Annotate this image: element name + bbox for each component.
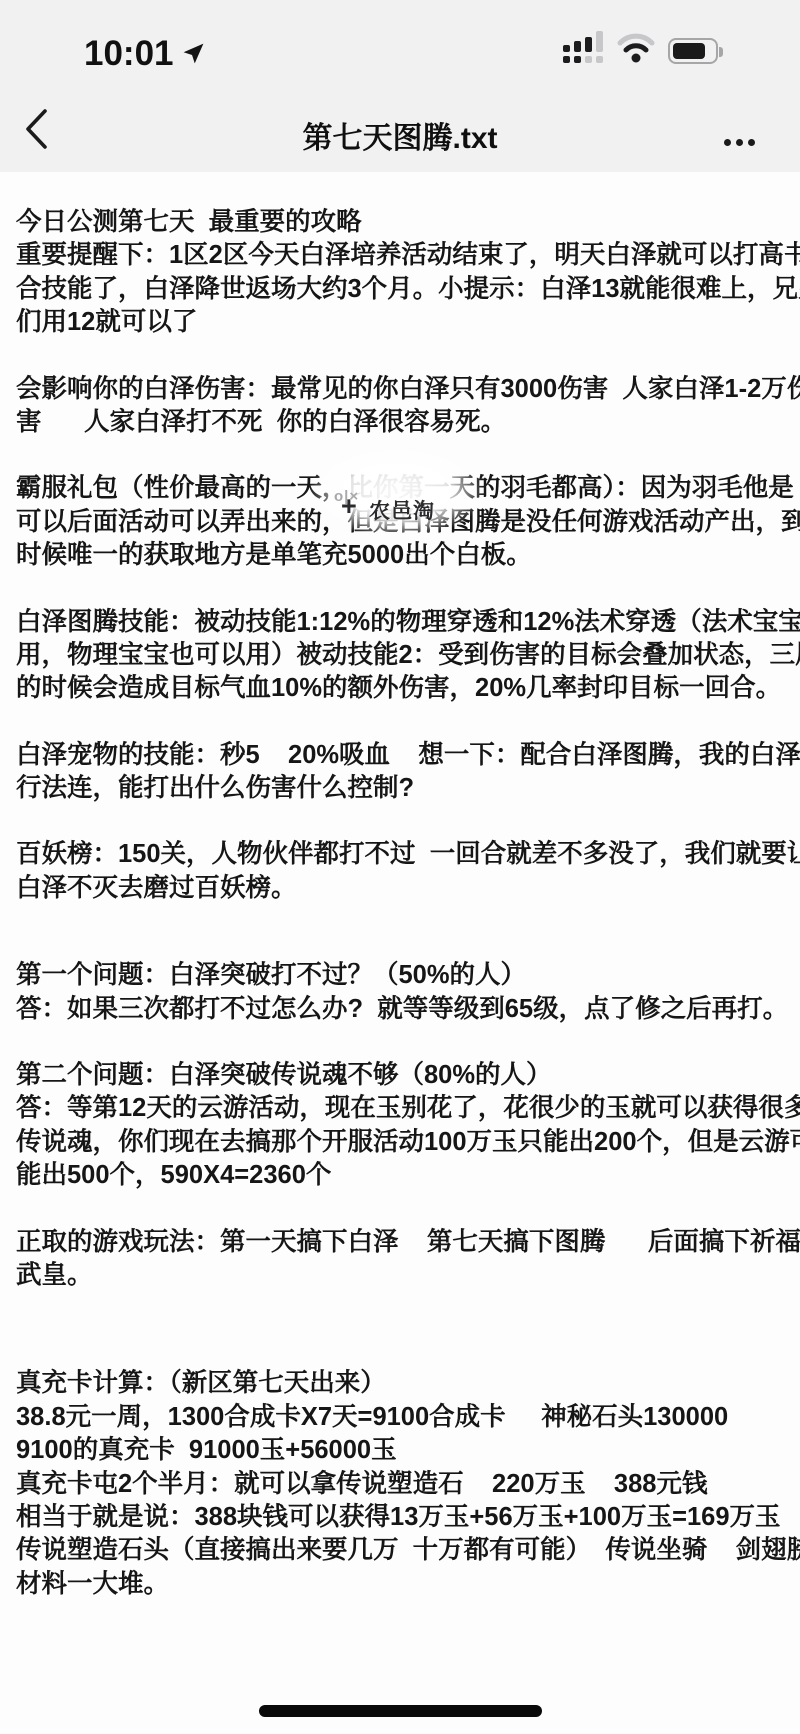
paragraph: 第二个问题：白泽突破传说魂不够（80%的人）答：等第12天的云游活动，现在玉别花… bbox=[16, 1059, 796, 1193]
status-time: 10:01 bbox=[84, 34, 174, 74]
text-line: 霸服礼包（性价最高的一天，比你第一天的羽毛都高）：因为羽毛他是 bbox=[16, 472, 796, 505]
text-line: 第二个问题：白泽突破传说魂不够（80%的人） bbox=[16, 1059, 796, 1092]
text-line: 材料一大堆。 bbox=[16, 1568, 796, 1601]
paragraph: 真充卡计算：（新区第七天出来）38.8元一周，1300合成卡X7天=9100合成… bbox=[16, 1367, 796, 1601]
text-line: 答：如果三次都打不过怎么办? 就等等级到65级，点了修之后再打。 bbox=[16, 993, 796, 1026]
text-line: 害 人家白泽打不死 你的白泽很容易死。 bbox=[16, 406, 796, 439]
text-line: 的时候会造成目标气血10%的额外伤害，20%几率封印目标一回合。 bbox=[16, 672, 796, 705]
text-line: 答：等第12天的云游活动，现在玉别花了，花很少的玉就可以获得很多 bbox=[16, 1092, 796, 1125]
text-line: 正取的游戏玩法：第一天搞下白泽 第七天搞下图腾 后面搞下祈福 bbox=[16, 1226, 796, 1259]
more-button[interactable] bbox=[724, 130, 770, 154]
paragraph: 霸服礼包（性价最高的一天，比你第一天的羽毛都高）：因为羽毛他是可以后面活动可以弄… bbox=[16, 472, 796, 572]
text-line: 相当于就是说：388块钱可以获得13万玉+56万玉+100万玉=169万玉 bbox=[16, 1501, 796, 1534]
text-line: 重要提醒下：1区2区今天白泽培养活动结束了，明天白泽就可以打高书 bbox=[16, 239, 796, 272]
battery-fill bbox=[673, 43, 705, 59]
text-line: 真充卡计算：（新区第七天出来） bbox=[16, 1367, 796, 1400]
text-line: 38.8元一周，1300合成卡X7天=9100合成卡 神秘石头130000 bbox=[16, 1401, 796, 1434]
text-line: 白泽不灭去磨过百妖榜。 bbox=[16, 872, 796, 905]
text-line: 9100的真充卡 91000玉+56000玉 bbox=[16, 1434, 796, 1467]
wifi-icon bbox=[617, 33, 655, 63]
paragraph: 会影响你的白泽伤害：最常见的你白泽只有3000伤害 人家白泽1-2万伤害 人家白… bbox=[16, 373, 796, 440]
text-line: 白泽宠物的技能：秒5 20%吸血 想一下：配合白泽图腾，我的白泽进 bbox=[16, 739, 796, 772]
document-scroll-area[interactable]: 今日公测第七天 最重要的攻略重要提醒下：1区2区今天白泽培养活动结束了，明天白泽… bbox=[0, 172, 800, 1601]
location-arrow-icon bbox=[181, 41, 206, 66]
paragraph: 百妖榜：150关，人物伙伴都打不过 一回合就差不多没了，我们就要让白泽不灭去磨过… bbox=[16, 838, 796, 905]
paragraph: 白泽宠物的技能：秒5 20%吸血 想一下：配合白泽图腾，我的白泽进行法连，能打出… bbox=[16, 739, 796, 806]
text-line: 可以后面活动可以弄出来的，但是白泽图腾是没任何游戏活动产出，到 bbox=[16, 506, 796, 539]
text-line: 第一个问题：白泽突破打不过？（50%的人） bbox=[16, 959, 796, 992]
paragraph: 白泽图腾技能：被动技能1:12%的物理穿透和12%法术穿透（法术宝宝可用，物理宝… bbox=[16, 606, 796, 706]
text-line: 合技能了，白泽降世返场大约3个月。小提示：白泽13就能很难上，兄弟 bbox=[16, 273, 796, 306]
text-line: 今日公测第七天 最重要的攻略 bbox=[16, 206, 796, 239]
text-line: 能出500个，590X4=2360个 bbox=[16, 1159, 796, 1192]
text-line: 会影响你的白泽伤害：最常见的你白泽只有3000伤害 人家白泽1-2万伤 bbox=[16, 373, 796, 406]
home-indicator[interactable] bbox=[259, 1705, 542, 1717]
paragraph: 正取的游戏玩法：第一天搞下白泽 第七天搞下图腾 后面搞下祈福武皇。 bbox=[16, 1226, 796, 1293]
page-title: 第七天图腾.txt bbox=[100, 113, 700, 157]
text-line: 行法连，能打出什么伤害什么控制? bbox=[16, 772, 796, 805]
battery-icon bbox=[668, 38, 718, 64]
text-line: 真充卡屯2个半月：就可以拿传说塑造石 220万玉 388元钱 bbox=[16, 1468, 796, 1501]
text-line: 时候唯一的获取地方是单笔充5000出个白板。 bbox=[16, 539, 796, 572]
header: 10:01 第七天图腾.tx bbox=[0, 0, 800, 172]
phone-screen: 10:01 第七天图腾.tx bbox=[0, 0, 800, 1734]
back-button[interactable] bbox=[20, 106, 56, 152]
text-line: 武皇。 bbox=[16, 1259, 796, 1292]
paragraph: 今日公测第七天 最重要的攻略重要提醒下：1区2区今天白泽培养活动结束了，明天白泽… bbox=[16, 206, 796, 340]
chevron-left-icon bbox=[20, 106, 56, 152]
ellipsis-icon bbox=[748, 139, 755, 146]
text-line: 传说魂，你们现在去搞那个开服活动100万玉只能出200个，但是云游可 bbox=[16, 1126, 796, 1159]
text-line: 用，物理宝宝也可以用）被动技能2：受到伤害的目标会叠加状态，三层 bbox=[16, 639, 796, 672]
ellipsis-icon bbox=[724, 139, 731, 146]
paragraph: 第一个问题：白泽突破打不过？（50%的人）答：如果三次都打不过怎么办? 就等等级… bbox=[16, 959, 796, 1026]
text-line: 百妖榜：150关，人物伙伴都打不过 一回合就差不多没了，我们就要让 bbox=[16, 838, 796, 871]
text-line: 们用12就可以了 bbox=[16, 306, 796, 339]
text-line: 白泽图腾技能：被动技能1:12%的物理穿透和12%法术穿透（法术宝宝可 bbox=[16, 606, 796, 639]
battery-nub bbox=[719, 47, 723, 57]
ellipsis-icon bbox=[736, 139, 743, 146]
cellular-signal-icon bbox=[563, 30, 609, 66]
text-line: 传说塑造石头（直接搞出来要几万 十万都有可能） 传说坐骑 剑翅膀 bbox=[16, 1534, 796, 1567]
